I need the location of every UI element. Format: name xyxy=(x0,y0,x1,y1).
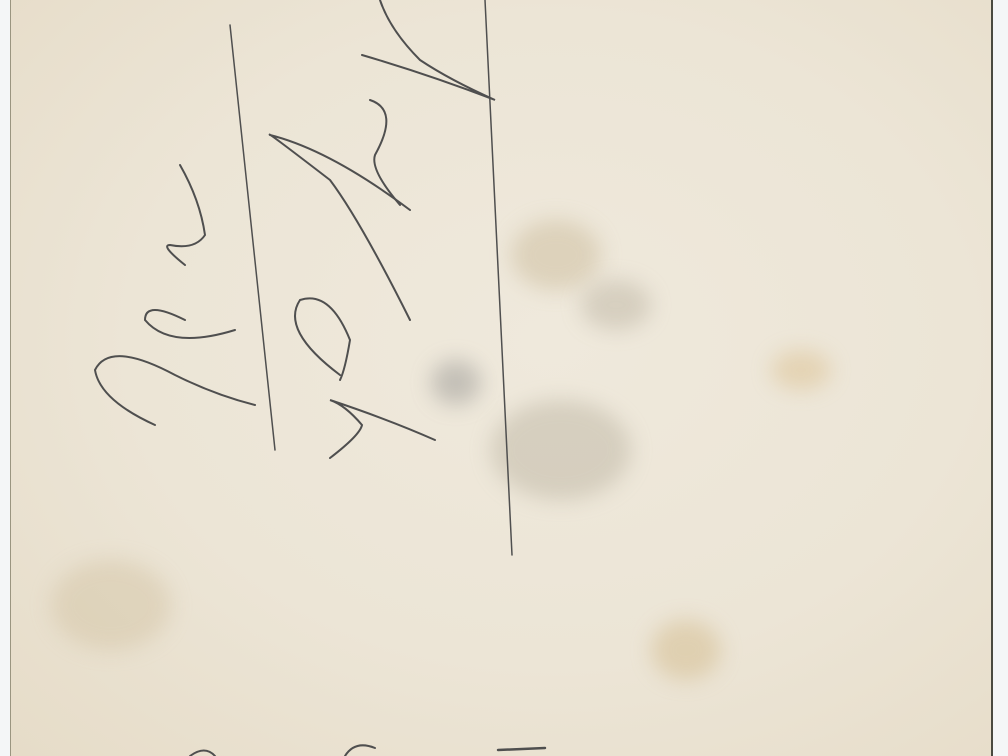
handwriting xyxy=(0,0,1008,756)
